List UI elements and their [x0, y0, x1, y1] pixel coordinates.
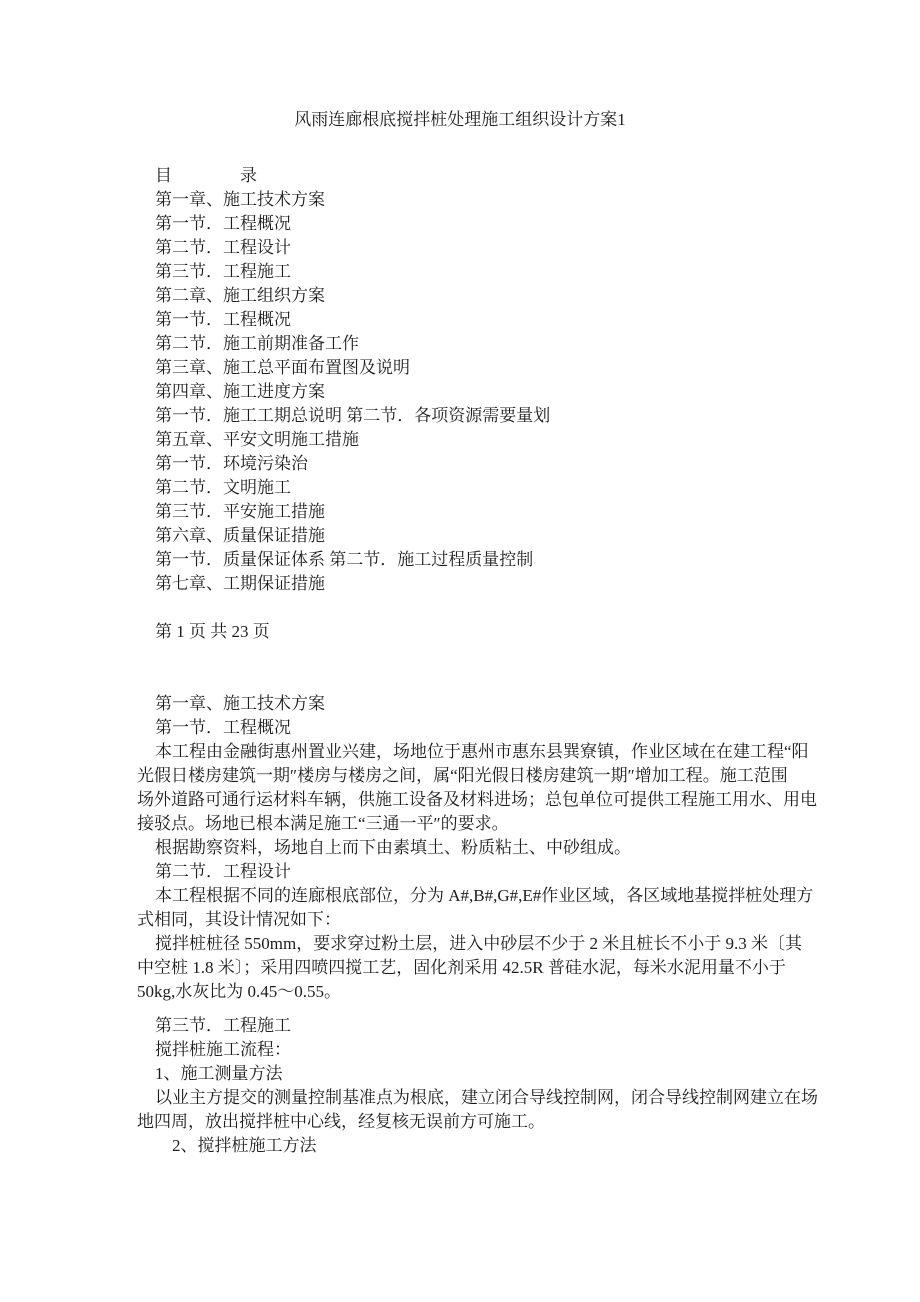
toc-item: 第六章、质量保证措施 [137, 524, 817, 548]
document-title: 风雨连廊根底搅拌桩处理施工组织设计方案1 [0, 108, 920, 132]
toc-item: 第二节．文明施工 [137, 476, 817, 500]
toc-item: 第一节．施工工期总说明 第二节．各项资源需要量划 [137, 404, 817, 428]
toc-item: 第七章、工期保证措施 [137, 572, 817, 596]
toc-item: 第四章、施工进度方案 [137, 380, 817, 404]
paragraph-line: 式相同，其设计情况如下： [137, 908, 817, 932]
paragraph-line: 搅拌桩施工流程： [137, 1038, 817, 1062]
paragraph-line: 地四周，放出搅拌桩中心线，经复核无误前方可施工。 [137, 1110, 817, 1134]
section-heading: 第三节．工程施工 [137, 1014, 817, 1038]
section-heading: 第一章、施工技术方案 [137, 692, 817, 716]
toc-item: 第二章、施工组织方案 [137, 284, 817, 308]
toc-item: 第二节．施工前期准备工作 [137, 332, 817, 356]
section-heading: 第二节．工程设计 [137, 860, 817, 884]
toc-item: 第一节．工程概况 [137, 308, 817, 332]
paragraph-line: 根据勘察资料，场地自上而下由素填土、粉质粘土、中砂组成。 [137, 836, 817, 860]
section-heading: 第一节．工程概况 [137, 716, 817, 740]
toc-item: 第一章、施工技术方案 [137, 188, 817, 212]
toc-item: 第五章、平安文明施工措施 [137, 428, 817, 452]
toc-item: 第三节．平安施工措施 [137, 500, 817, 524]
paragraph-line: 接驳点。场地已根本满足施工“三通一平″的要求。 [137, 812, 817, 836]
document-page: 风雨连廊根底搅拌桩处理施工组织设计方案1 目 录 第一章、施工技术方案 第一节．… [0, 0, 920, 1302]
list-item: 2、搅拌桩施工方法 [137, 1134, 817, 1158]
page-indicator: 第 1 页 共 23 页 [137, 620, 817, 644]
toc-item: 第二节．工程设计 [137, 236, 817, 260]
list-item: 1、施工测量方法 [137, 1062, 817, 1086]
toc-item: 第一节．工程概况 [137, 212, 817, 236]
toc-item: 第一节．质量保证体系 第二节．施工过程质量控制 [137, 548, 817, 572]
paragraph-line: 本工程根据不同的连廊根底部位，分为 A#,B#,G#,E#作业区域，各区域地基搅… [137, 884, 817, 908]
paragraph-line: 光假日楼房建筑一期″楼房与楼房之间，属“阳光假日楼房建筑一期″增加工程。施工范围 [137, 764, 817, 788]
paragraph-line: 以业主方提交的测量控制基准点为根底，建立闭合导线控制网，闭合导线控制网建立在场 [137, 1086, 817, 1110]
paragraph-line: 中空桩 1.8 米〕；采用四喷四搅工艺，固化剂采用 42.5R 普硅水泥，每米水… [137, 956, 817, 980]
paragraph-line: 50kg,水灰比为 0.45～0.55。 [137, 980, 817, 1004]
toc-item: 第一节．环境污染治 [137, 452, 817, 476]
paragraph-line: 本工程由金融街惠州置业兴建，场地位于惠州市惠东县巽寮镇，作业区域在在建工程“阳 [137, 740, 817, 764]
toc-heading: 目 录 [137, 164, 817, 188]
toc-item: 第三章、施工总平面布置图及说明 [137, 356, 817, 380]
text-block: 目 录 第一章、施工技术方案 第一节．工程概况 第二节．工程设计 第三节．工程施… [137, 164, 817, 1158]
paragraph-line: 搅拌桩桩径 550mm，要求穿过粉土层，进入中砂层不少于 2 米且桩长不小于 9… [137, 932, 817, 956]
toc-item: 第三节．工程施工 [137, 260, 817, 284]
paragraph-line: 场外道路可通行运材料车辆，供施工设备及材料进场；总包单位可提供工程施工用水、用电 [137, 788, 817, 812]
